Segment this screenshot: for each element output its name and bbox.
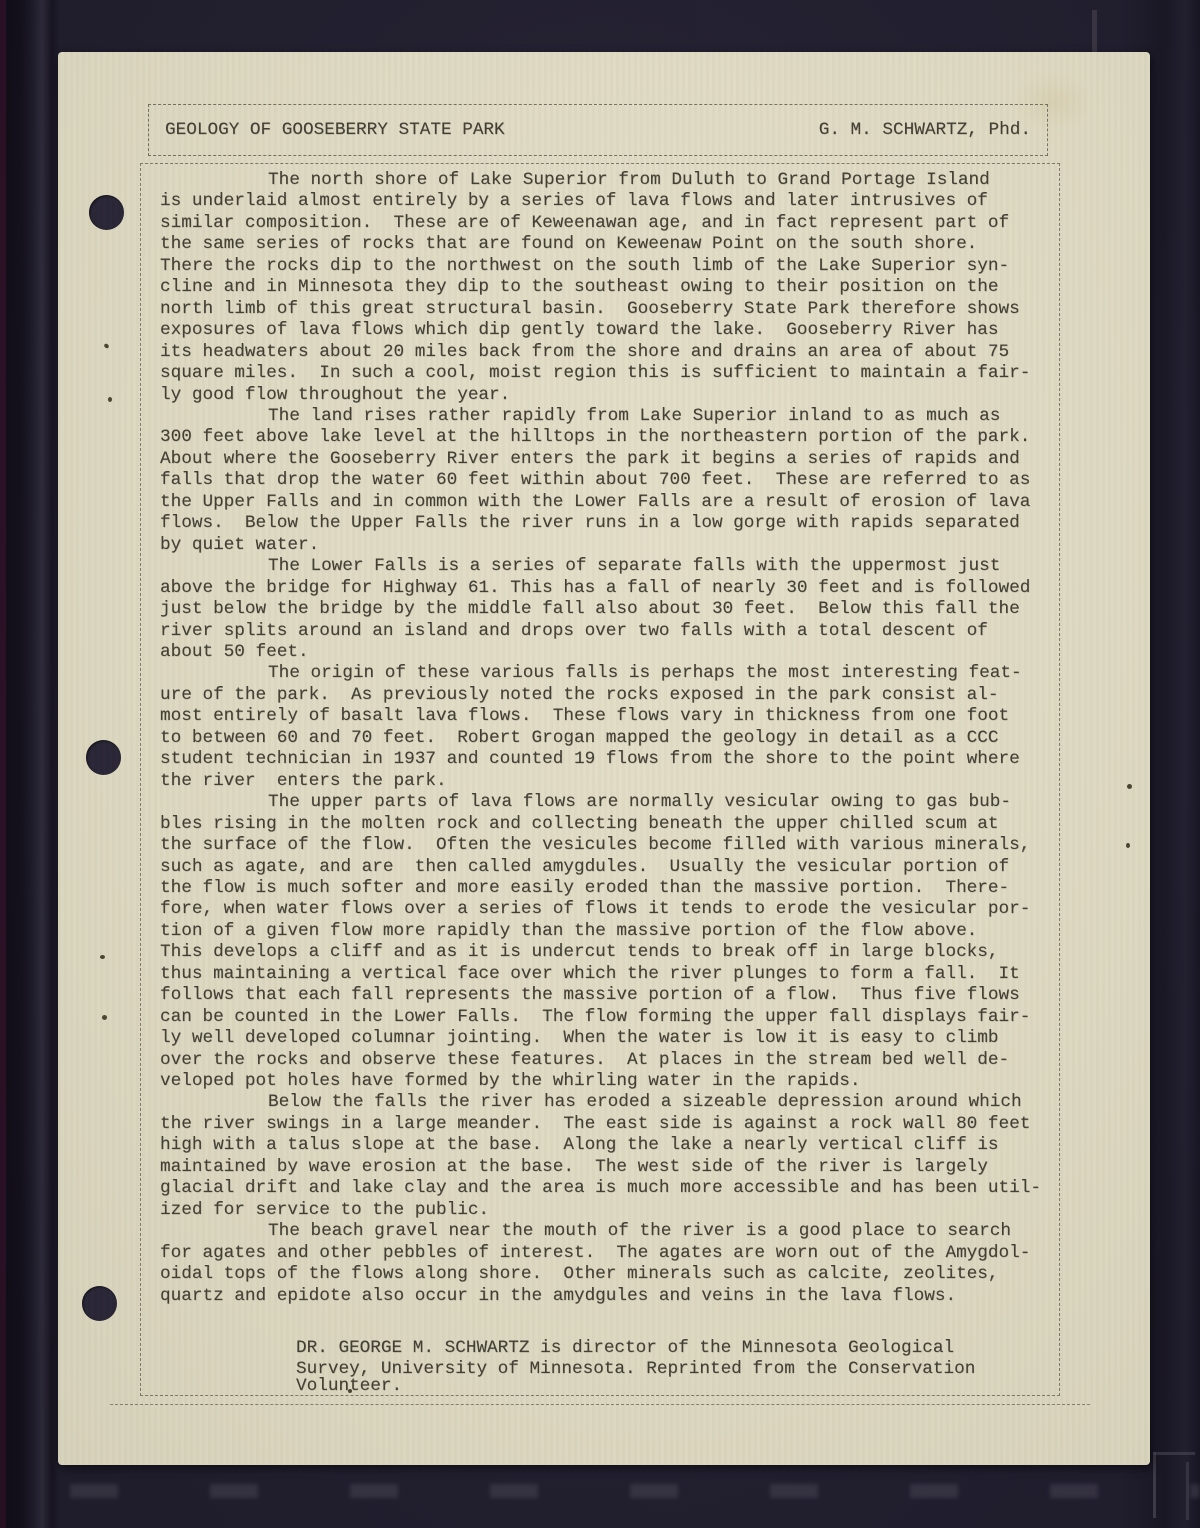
- paper-speck: [1127, 784, 1132, 789]
- hole-punch-middle: [86, 740, 121, 775]
- text-line: above the bridge for Highway 61. This ha…: [160, 578, 1050, 599]
- text-line: the surface of the flow. Often the vesic…: [160, 835, 1050, 856]
- text-line: ized for service to the public.: [160, 1200, 1050, 1221]
- text-line: for agates and other pebbles of interest…: [160, 1243, 1050, 1264]
- scan-artifact-bracket: [1153, 1452, 1156, 1518]
- footer-line: DR. GEORGE M. SCHWARTZ is director of th…: [296, 1338, 1056, 1359]
- paper-speck: [103, 343, 109, 349]
- footer-line: Survey, University of Minnesota. Reprint…: [296, 1359, 1056, 1380]
- text-line: about 50 feet.: [160, 642, 1050, 663]
- text-line: to between 60 and 70 feet. Robert Grogan…: [160, 728, 1050, 749]
- paper-speck: [100, 955, 105, 959]
- header-box: GEOLOGY OF GOOSEBERRY STATE PARK G. M. S…: [148, 104, 1048, 156]
- text-line: over the rocks and observe these feature…: [160, 1050, 1050, 1071]
- scan-artifact-bracket: [1186, 1462, 1189, 1520]
- text-line: The land rises rather rapidly from Lake …: [160, 406, 1050, 427]
- text-line: most entirely of basalt lava flows. Thes…: [160, 706, 1050, 727]
- text-line: the same series of rocks that are found …: [160, 234, 1050, 255]
- text-line: quartz and epidote also occur in the amy…: [160, 1286, 1050, 1307]
- text-line: maintained by wave erosion at the base. …: [160, 1157, 1050, 1178]
- text-line: river splits around an island and drops …: [160, 621, 1050, 642]
- text-line: exposures of lava flows which dip gently…: [160, 320, 1050, 341]
- text-line: Below the falls the river has eroded a s…: [160, 1092, 1050, 1113]
- text-line: The Lower Falls is a series of separate …: [160, 556, 1050, 577]
- text-line: high with a talus slope at the base. Alo…: [160, 1135, 1050, 1156]
- text-line: the Upper Falls and in common with the L…: [160, 492, 1050, 513]
- paper-speck: [108, 397, 112, 402]
- text-line: north limb of this great structural basi…: [160, 299, 1050, 320]
- footer-note: DR. GEORGE M. SCHWARTZ is director of th…: [296, 1338, 1056, 1397]
- text-line: fore, when water flows over a series of …: [160, 899, 1050, 920]
- text-line: ure of the park. As previously noted the…: [160, 685, 1050, 706]
- text-line: can be counted in the Lower Falls. The f…: [160, 1007, 1050, 1028]
- document-title: GEOLOGY OF GOOSEBERRY STATE PARK: [165, 120, 505, 140]
- text-line: by quiet water.: [160, 535, 1050, 556]
- author-name: G. M. SCHWARTZ, Phd.: [819, 120, 1031, 140]
- scan-artifact-bracket: [1153, 1452, 1195, 1455]
- text-line: its headwaters about 20 miles back from …: [160, 342, 1050, 363]
- text-line: ly well developed columnar jointing. Whe…: [160, 1028, 1050, 1049]
- text-line: the river swings in a large meander. The…: [160, 1114, 1050, 1135]
- text-line: just below the bridge by the middle fall…: [160, 599, 1050, 620]
- text-line: flows. Below the Upper Falls the river r…: [160, 513, 1050, 534]
- paper-page: GEOLOGY OF GOOSEBERRY STATE PARK G. M. S…: [58, 52, 1150, 1465]
- text-line: bles rising in the molten rock and colle…: [160, 814, 1050, 835]
- text-line: The upper parts of lava flows are normal…: [160, 792, 1050, 813]
- text-line: the river enters the park.: [160, 771, 1050, 792]
- text-line: The north shore of Lake Superior from Du…: [160, 170, 1050, 191]
- outer-border-line: [110, 1404, 1090, 1405]
- hole-punch-top: [89, 195, 124, 230]
- text-line: ly good flow throughout the year.: [160, 385, 1050, 406]
- text-line: the flow is much softer and more easily …: [160, 878, 1050, 899]
- body-text: The north shore of Lake Superior from Du…: [160, 170, 1050, 1307]
- text-line: 300 feet above lake level at the hilltop…: [160, 427, 1050, 448]
- text-line: The origin of these various falls is per…: [160, 663, 1050, 684]
- hole-punch-bottom: [82, 1286, 117, 1321]
- text-line: similar composition. These are of Keween…: [160, 213, 1050, 234]
- text-line: There the rocks dip to the northwest on …: [160, 256, 1050, 277]
- text-line: oidal tops of the flows along shore. Oth…: [160, 1264, 1050, 1285]
- text-line: falls that drop the water 60 feet within…: [160, 470, 1050, 491]
- text-line: The beach gravel near the mouth of the r…: [160, 1221, 1050, 1242]
- text-line: cline and in Minnesota they dip to the s…: [160, 277, 1050, 298]
- paper-speck: [102, 1015, 107, 1020]
- text-line: veloped pot holes have formed by the whi…: [160, 1071, 1050, 1092]
- text-line: glacial drift and lake clay and the area…: [160, 1178, 1050, 1199]
- text-line: About where the Gooseberry River enters …: [160, 449, 1050, 470]
- text-line: follows that each fall represents the ma…: [160, 985, 1050, 1006]
- text-line: This develops a cliff and as it is under…: [160, 942, 1050, 963]
- paper-speck: [1126, 843, 1130, 848]
- scan-smudges: [0, 1484, 1200, 1498]
- text-line: square miles. In such a cool, moist regi…: [160, 363, 1050, 384]
- text-line: tion of a given flow more rapidly than t…: [160, 921, 1050, 942]
- text-line: is underlaid almost entirely by a series…: [160, 191, 1050, 212]
- text-line: student technician in 1937 and counted 1…: [160, 749, 1050, 770]
- text-line: such as agate, and are then called amygd…: [160, 857, 1050, 878]
- text-line: thus maintaining a vertical face over wh…: [160, 964, 1050, 985]
